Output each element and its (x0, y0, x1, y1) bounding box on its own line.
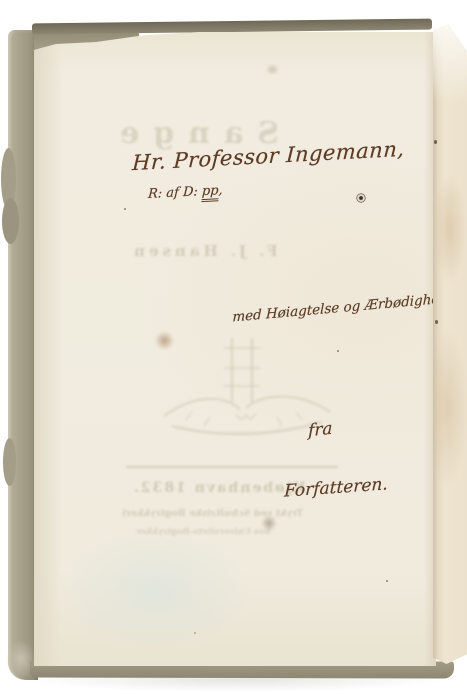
foxing-spot (155, 331, 174, 350)
inscription-line-from: fra (308, 419, 332, 442)
worn-board-edge (2, 198, 19, 244)
wormhole (356, 193, 366, 203)
inscription-honorific-underlined: pp (201, 183, 219, 202)
inscribed-page: Sange F. J. Hansen Kjøbenhavn 1832. Tryk… (34, 32, 436, 666)
paper-speck (434, 140, 437, 144)
book-cover-board (8, 30, 38, 680)
paper-smudge (268, 66, 277, 73)
paper-speck (194, 632, 196, 634)
inscription-honorific-prefix: R: af D: (148, 184, 203, 202)
foxing-spot (261, 515, 277, 531)
showthrough-imprint-city-year: Kjøbenhavn 1832. (132, 480, 306, 496)
inscription-line-honorifics: R: af D: pp, (148, 183, 223, 202)
showthrough-imprint-printer: Trykt ved Schultziske Bogtrykkeri (122, 508, 303, 519)
paper-speck (337, 350, 339, 352)
paper-speck (124, 208, 126, 210)
showthrough-imprint-line3: hos Universitets-Bogtrykker (136, 527, 271, 537)
paper-speck (386, 580, 388, 582)
photo-of-book: Sange F. J. Hansen Kjøbenhavn 1832. Tryk… (0, 0, 467, 700)
fore-edge-leaf (433, 24, 467, 664)
paper-speck (435, 320, 438, 324)
worn-board-edge (3, 438, 16, 486)
inscription-honorific-suffix: , (218, 183, 223, 198)
showthrough-author-text: F. J. Hansen (130, 242, 278, 260)
showthrough-rule (126, 466, 338, 468)
inscription-line-regards: med Høiagtelse og Ærbødighed (232, 291, 448, 326)
inscription-line-author: Forfatteren. (284, 474, 388, 501)
